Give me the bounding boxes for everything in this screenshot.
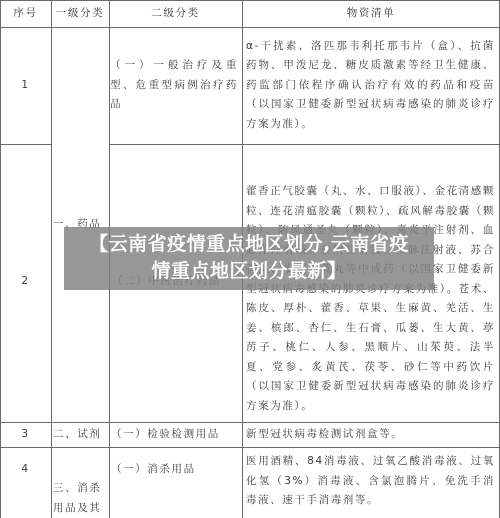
- col-divider-1: [51, 0, 52, 518]
- row4-level1: 三、消杀用品及其: [52, 479, 109, 518]
- title-banner: 【云南省疫情重点地区划分,云南省疫 情重点地区划分最新】: [64, 227, 434, 290]
- row2-items: 藿香正气胶囊（丸、水、口服液）、金花清感颗粒、连花清瘟胶囊（颗粒）、疏风解毒胶囊…: [242, 182, 499, 412]
- row3-level2: （一）检验检测用品: [111, 422, 242, 447]
- header-level2: 二级分类: [109, 0, 242, 27]
- row1-divider: [0, 144, 51, 145]
- row3-divider: [0, 447, 500, 448]
- row4-items-text: 医用酒精、84消毒液、过氧乙酸消毒液、过氧化氢（3%）消毒液、含氯泡腾片、免洗手…: [246, 455, 495, 506]
- banner-line-1: 【云南省疫情重点地区划分,云南省疫: [64, 231, 434, 258]
- row3-items: 新型冠状病毒检测试剂盒等。: [242, 422, 499, 447]
- row4-no: 4: [0, 447, 51, 493]
- row1-level2: （一）一般治疗及重型、危重型病例治疗药品: [109, 27, 242, 144]
- header-no: 序号: [0, 0, 51, 27]
- row3-level1: 二、试剂: [53, 422, 109, 447]
- row1-items: α-干扰素、洛匹那韦利托那韦片（盒）、抗菌药物、甲泼尼龙、糖皮质激素等经卫生健康…: [242, 27, 499, 144]
- row4-level2: （一）消杀用品: [111, 447, 242, 493]
- row1-items-text: α-干扰素、洛匹那韦利托那韦片（盒）、抗菌药物、甲泼尼龙、糖皮质激素等经卫生健康…: [246, 37, 495, 135]
- row1-divider-right: [109, 144, 500, 145]
- row3-no: 3: [0, 422, 51, 447]
- row4-items: 医用酒精、84消毒液、过氧乙酸消毒液、过氧化氢（3%）消毒液、含氯泡腾片、免洗手…: [242, 452, 499, 518]
- row2-items-text: 藿香正气胶囊（丸、水、口服液）、金花清感颗粒、连花清瘟胶囊（颗粒）、疏风解毒胶囊…: [246, 185, 495, 412]
- header-level1: 一级分类: [51, 0, 109, 27]
- header-items: 物资清单: [242, 0, 500, 27]
- row1-no: 1: [0, 27, 51, 144]
- row2-no: 2: [0, 272, 51, 292]
- row1-level2-text: （一）一般治疗及重型、危重型病例治疗药品: [110, 56, 238, 115]
- banner-line-2: 情重点地区划分最新】: [64, 258, 434, 285]
